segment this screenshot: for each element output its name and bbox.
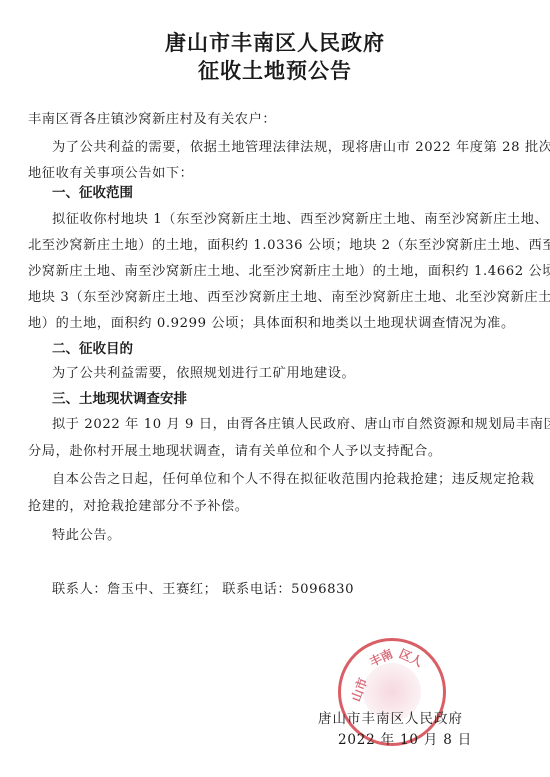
document-title-line1: 唐山市丰南区人民政府	[0, 27, 550, 57]
section-2-line-1: 为了公共利益需要，依照规划进行工矿用地建设。	[52, 362, 530, 381]
section-3-line-1: 拟于 2022 年 10 月 9 日，由胥各庄镇人民政府、唐山市自然资源和规划局…	[52, 413, 530, 432]
section-1-heading: 一、征收范围	[52, 181, 133, 201]
section-2-heading: 二、征收目的	[52, 337, 133, 357]
section-3-line-2: 分局，赴你村开展土地现状调查，请有关单位和个人予以支持配合。	[28, 440, 528, 459]
section-1-line-4: 地块 3（东至沙窝新庄土地、西至沙窝新庄土地、南至沙窝新庄土地、北至沙窝新庄土	[28, 286, 528, 305]
intro-line-1: 为了公共利益的需要，依据土地管理法律法规，现将唐山市 2022 年度第 28 批…	[52, 136, 530, 155]
section-3-heading: 三、土地现状调查安排	[52, 387, 187, 407]
section-1-line-2: 北至沙窝新庄土地）的土地，面积约 1.0336 公顷；地块 2（东至沙窝新庄土地…	[28, 234, 528, 253]
section-3-line-4: 抢建的，对抢栽抢建部分不予补偿。	[28, 495, 528, 514]
section-3-line-3: 自本公告之日起，任何单位和个人不得在拟征收范围内抢栽抢建；违反规定抢栽	[52, 468, 530, 487]
notice-document: 唐山市丰南区人民政府 征收土地预公告 丰南区胥各庄镇沙窝新庄村及有关农户： 为了…	[0, 0, 550, 777]
section-1-line-5: 地）的土地，面积约 0.9299 公顷；具体面积和地类以土地现状调查情况为准。	[28, 312, 528, 331]
section-1-line-1: 拟征收你村地块 1（东至沙窝新庄土地、西至沙窝新庄土地、南至沙窝新庄土地、	[52, 208, 530, 227]
intro-line-2: 地征收有关事项公告如下：	[28, 162, 528, 181]
section-1-line-3: 沙窝新庄土地、南至沙窝新庄土地、北至沙窝新庄土地）的土地，面积约 1.4662 …	[28, 260, 528, 279]
signature-organization: 唐山市丰南区人民政府	[318, 707, 463, 727]
contact-info: 联系人：詹玉中、王赛红； 联系电话：5096830	[52, 578, 530, 597]
closing-statement: 特此公告。	[52, 524, 530, 543]
document-title-line2: 征收土地预公告	[0, 55, 550, 85]
addressee: 丰南区胥各庄镇沙窝新庄村及有关农户：	[28, 108, 528, 127]
signature-date: 2022 年 10 月 8 日	[338, 728, 472, 748]
